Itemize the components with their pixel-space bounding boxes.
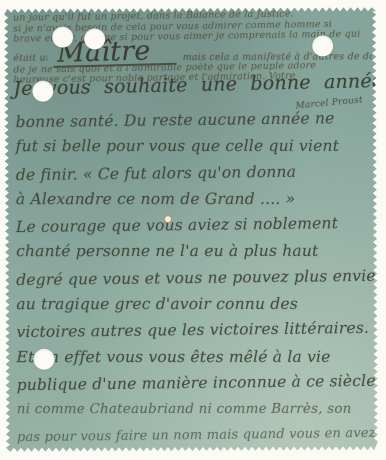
handwriting-line: fut si belle pour vous que celle qui vie…	[16, 133, 373, 160]
handwriting-line: Et en effet vous vous êtes mêlé à la vie	[17, 343, 374, 370]
handwriting-line: ni comme Chateaubriand ni comme Barrès, …	[17, 396, 374, 423]
handwriting-line: publique d'une manière inconnue à ce siè…	[17, 368, 374, 399]
handwriting-line: Le courage que vous aviez si noblement	[16, 210, 373, 241]
greeting-row: Je vous souhaite une bonne année et une	[13, 73, 386, 97]
punch-hole	[84, 28, 105, 49]
letter-body: bonne santé. Du reste aucune année ne fu…	[15, 106, 373, 449]
handwriting-line: chanté personne ne l'a eu à plus haut	[16, 238, 373, 265]
punch-hole	[52, 27, 73, 48]
punch-hole	[34, 349, 55, 370]
handwriting-line: degré que vous et vous ne pouvez plus en…	[16, 263, 373, 294]
handwriting-line: de finir. « Ce fut alors qu'on donna	[16, 157, 373, 188]
punch-hole	[312, 35, 333, 56]
punch-hole	[32, 81, 53, 102]
handwriting-text: était un	[13, 52, 47, 63]
handwriting-line: au tragique grec d'avoir connu des	[16, 291, 373, 318]
handwriting-line: pas pour vous faire un nom mais quand vo…	[17, 420, 374, 451]
handwriting-line: victoires autres que les victoires litté…	[16, 315, 373, 346]
greeting-line: Je vous souhaite une bonne année	[13, 70, 383, 100]
letter-card: un jour qu'il fut un projet, dans la Bal…	[4, 7, 378, 452]
handwriting-line: bonne santé. Du reste aucune année ne	[15, 105, 372, 136]
photo-background: un jour qu'il fut un projet, dans la Bal…	[0, 0, 386, 460]
handwriting-line: à Alexandre ce nom de Grand .... »	[16, 186, 373, 213]
pin-hole	[164, 215, 172, 223]
